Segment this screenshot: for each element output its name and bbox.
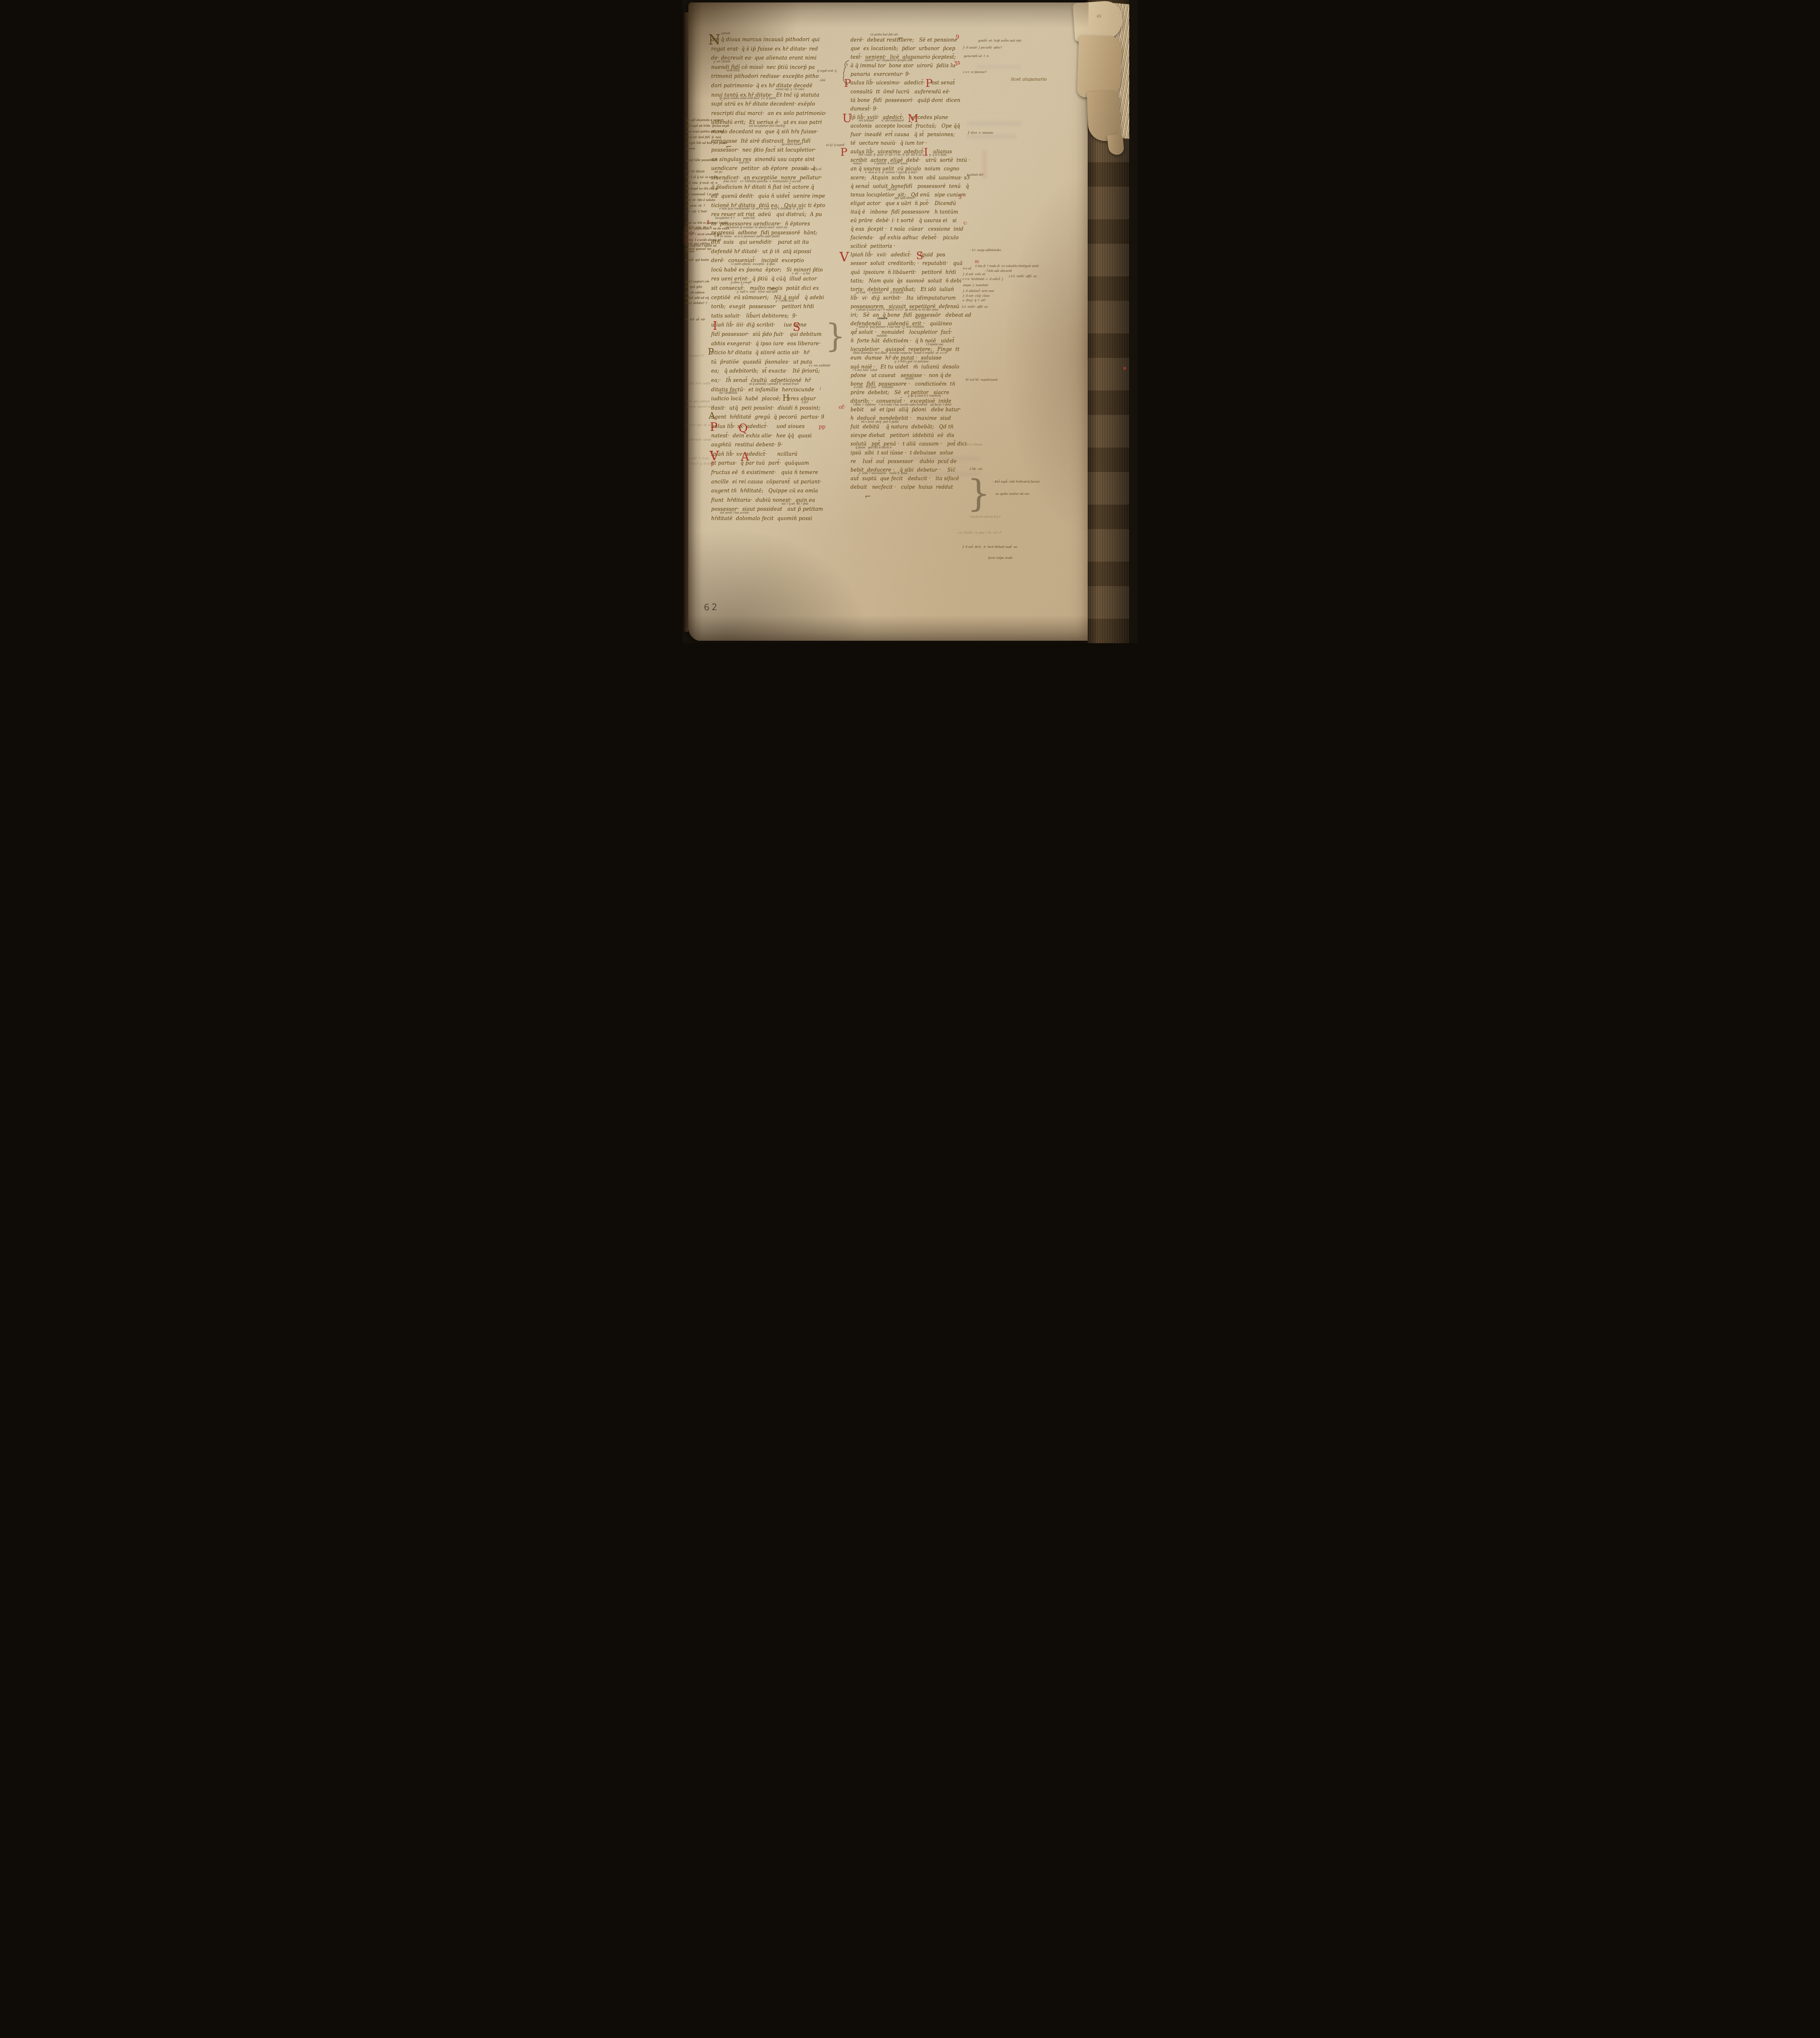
initial-A-red: A — [741, 450, 749, 463]
interlinear-gloss: s· utilē 7 necessariū· mollē fi· poss̄· — [859, 472, 908, 475]
text-line: facienda· qd̄ exhis adhuc debet̄· piculo — [851, 234, 971, 242]
text-line: n̄ forte hāt ēdictioēm · q̄ h noiē uidet… — [851, 337, 971, 345]
text-line: ea; q̄ adebitorib; st̄ exacta· Itē p̄rio… — [711, 366, 827, 376]
interlinear-gloss: d̄bitū estimādo· ticā d̄biti· dutaxat in… — [853, 351, 947, 355]
text-line: quā ī supiori cm̄· — [685, 279, 712, 285]
text-line: ipsū sibi t sol iūsse · t debuisse solue — [851, 449, 971, 457]
interlinear-gloss: y· nō ī faudē· — [714, 60, 731, 63]
margin-note: j̄· d ep̄ulact̄· iure sua· — [963, 289, 995, 293]
interlinear-gloss: dol̄ uenit̄ ī hac acciōe· — [720, 511, 749, 514]
interlinear-gloss: indebiti· — [877, 334, 888, 337]
interlinear-gloss: rex̄ hr̄duiar̄· s7 idō restituunt̄· — [859, 119, 905, 122]
text-line: ceptiōē eū sūmoueri; Nā q̄ suid̄ q̄ adeb… — [711, 293, 827, 302]
text-line: sessor soluit creditorib; · reputabit· q… — [851, 259, 971, 268]
interlinear-gloss: 2nd̄ dat̄· — [886, 188, 897, 191]
margin-note: s̄ tūe fi· l male fi· s3 icāuēdo distīgu… — [975, 264, 1040, 268]
text-line: tā bone fidī possessori· quāp̄ doni dice… — [851, 96, 971, 105]
text-line: ō cū sit· boē fidī· p̄· neq̄ — [686, 135, 729, 140]
red-paraph: m — [975, 259, 979, 264]
margin-note: q̄ im̄ q̄no ep̄tore — [686, 399, 710, 403]
text-line — [685, 252, 712, 257]
margin-note: siapa· j̄· mandati· — [963, 283, 989, 287]
interlinear-gloss: soluī tt· q̄nq̄ p̄sessor n̄ suo noiē· s7… — [859, 325, 925, 329]
margin-note: J̄· d usuis̄· J pecudū· pdio7 — [963, 46, 1002, 49]
red-paraph: ʒs — [954, 60, 960, 66]
left-text-column: am q̄ diuus marcus incausā pithodori qui… — [711, 35, 827, 523]
initial-H: H — [782, 393, 789, 403]
margin-note: c·e·i· si p̄sesso7· — [963, 70, 987, 74]
text-line: lpian̄ lib̄· xv· adedict̄· ncillarū — [711, 450, 827, 459]
text-line: am q̄ diuus marcus incausā pithodori qui — [711, 35, 827, 44]
interlinear-gloss: suī 7 q̄ an̄· nā 7 p̄tiū — [782, 502, 809, 505]
text-line: trimonii pithodori redisse· excep̄to pit… — [711, 72, 827, 81]
margin-brace: } — [825, 318, 846, 355]
margin-note: ab h7ditate — [965, 443, 983, 446]
red-cross-mark: ‡ — [707, 218, 710, 226]
interlinear-gloss: siciō· tur̄ q̄ nō· — [803, 168, 822, 171]
initial-I-red: I — [924, 146, 928, 159]
text-line: IV· ī ut̄ q̄ nō· io sit illa — [686, 174, 729, 180]
text-line: ulian̄ lib̄· iiii· diḡ scribit· iue bone — [711, 320, 827, 330]
margin-note: q̄ Arni· piō· in̄· eē· — [686, 423, 713, 427]
interlinear-gloss: q̄a eaten tenet̄· — [782, 143, 802, 146]
margin-note: Tc̄ enī ht̄· repeticionē· — [965, 378, 998, 382]
text-line — [685, 312, 712, 317]
interlinear-gloss: nō hr̄di i· posesōr· d fend̄ndo — [856, 291, 904, 294]
text-line — [685, 274, 712, 279]
margin-note: f· alb̄trans̄· uenit· — [686, 438, 712, 441]
text-line: sta reasumat̄· ī si uedi — [686, 192, 729, 197]
text-line: tatis; Nam quis q̄s suonoē soluit n̄ deb… — [851, 277, 971, 285]
interlinear-gloss: nō habent q̄i scienter rē alienā emer̄· … — [725, 226, 787, 229]
interlinear-gloss: ī t̄ apsōa sua — [926, 343, 943, 346]
margin-face-doodle-icon — [841, 60, 851, 86]
interlinear-gloss: ecce dc̄tū· — [727, 69, 740, 72]
text-line: quā ipsoiure n̄ libāuerit· petitorē hr̄d… — [851, 268, 971, 277]
interlinear-gloss: s· sit· ·· u hīe· — [792, 272, 811, 275]
text-line: fiunt hr̄ditaria· dubiū nonest· quin ea — [711, 496, 827, 505]
text-line — [686, 163, 729, 169]
text-line: eligat actor que s uāri n̄ pot̄· Dicendū — [851, 199, 971, 208]
initial-P-red: P — [840, 146, 848, 159]
margin-note: ·· l̄ bm̄ sah idicarid — [984, 269, 1012, 273]
manuscript-photo: 45 am q̄ diuus marcus incausā pithodori … — [683, 0, 1137, 643]
text-line: rogat erat· q̄ s̄ ip̄ fuisse ex hr̄ dita… — [711, 44, 827, 54]
text-line: fuor ineadē ert̄ causa q̄ st̄ pensiones; — [851, 130, 971, 139]
interlinear-gloss: q̄ rogat̄ erat· q̄ — [817, 69, 837, 73]
initial-P-red: P — [925, 77, 933, 90]
interlinear-gloss: tm̄ s tenū· idoq̄· peti n̄ potāt· — [861, 420, 899, 423]
text-line: scilicē petitoris · — [851, 242, 971, 251]
margin-note: ·· Ext̄ supt̄· intē hrdicariā facios̄ — [992, 480, 1040, 483]
interlinear-gloss: locupletior ē 7· uoīm hīd — [715, 216, 755, 220]
red-paraph: ¡ — [820, 386, 821, 390]
text-line: tatis soluit· lib̄ari debitores; 9· — [711, 311, 827, 321]
text-line: augent tn̄ hr̄ditatē; Quippe cū ea omīa — [711, 486, 827, 496]
text-line: consultū tt ōmē lucrū auferendū eē· — [851, 88, 971, 96]
margin-note: f· d sot̄· Itcū· S· lacē debuit supt̄· u… — [963, 545, 1017, 549]
text-line: ps̄· ab ep̄tore· — [685, 290, 712, 296]
text-line: dumest̄· 9· — [851, 105, 971, 113]
interlinear-gloss: cū petita boē fidi eēt· — [870, 33, 899, 36]
text-line: fructus eē n̄ existiment· quia n̄ temere — [711, 468, 827, 477]
text-line: res ueni erint· q̄ p̄tiū q̄ cūq̄ illud a… — [711, 274, 827, 284]
interlinear-gloss: e toto p̄cio restituendo· cū nic ei noiē… — [719, 207, 803, 210]
interlinear-gloss: u·cedē- b·fi·pos̄· hr̄duatis̄· — [854, 386, 894, 389]
margin-note: generalit̄ eē· l· ii· — [964, 54, 989, 58]
margin-note: Intulerit interq R·y·l·· — [970, 515, 1002, 518]
text-line: simile· — [685, 230, 712, 236]
text-line: abhis exegerat· q̄ ipso iure eos liberar… — [711, 339, 827, 348]
interlinear-gloss: 7bn̄ ī male· fi· poss̄· s7 uit̄· t ī bo·… — [858, 153, 947, 157]
margin-note: fecit culpe reale — [988, 556, 1013, 560]
text-line: dori patrimonio· q̄ ex hr̄ ditate decedē — [711, 81, 827, 90]
text-line: natest̄· dein exhis alie· hee q̄q̄ quasi — [711, 431, 827, 441]
text-line: ugent hr̄ditatē gregū q̄ pecorū partus· … — [711, 412, 827, 422]
initial-P: P — [708, 347, 714, 357]
text-line: aut̄ suptū que fecit deducit · ita sifac… — [851, 474, 971, 483]
initial-V-red: V — [839, 249, 849, 265]
text-line: ancille ei rei causa cōparant̄ ut parian… — [711, 477, 827, 487]
text-line: isse expō patm̄o udt̄· Sugl̄ — [686, 129, 729, 135]
interlinear-correction: cauere — [877, 317, 888, 320]
margin-note: ·· s̄·i· exigi adbitōeibz· — [969, 248, 1002, 252]
text-line: itaq̄ ē inbone fidī possessore h tantūm — [851, 208, 971, 216]
text-line: panaria exercentur· 9· — [851, 70, 971, 79]
text-line — [685, 236, 712, 241]
text-line: q̄ ē· ista· p̄ incā· rē· n — [686, 180, 729, 186]
interlinear-gloss: ppt̄ opiā dbito7· — [895, 196, 916, 200]
section-hook: ⌐ — [726, 143, 732, 151]
text-line: debuit necfecit · culpe huius reddat — [851, 483, 971, 492]
initial-Q-red: Q — [738, 421, 748, 435]
text-line: quep̄ hīde possid bat·· — [686, 157, 729, 163]
margin-note: pessite puemt̄ uitē — [686, 405, 714, 408]
text-line: nh̄ udt̄ dissimile a supiori — [686, 117, 729, 123]
text-line: q̄ h̄ supt̄ ab hr̄de· factos expn̄ — [686, 123, 729, 129]
interlinear-gloss: g abeo q̄ exegit̄· — [731, 281, 752, 284]
text-line: q̄ senat̄ uoluit bonefidī possessorē ten… — [851, 182, 971, 191]
margin-note-licet-alupanario: licet alupanario — [1011, 77, 1047, 82]
interlinear-gloss: y q̄u q̄ casu n̄ ē repeticio — [908, 394, 941, 397]
margin-note: ī Arght̄· 7· ō eē· — [686, 457, 709, 460]
margin-note: c·r·e· hirditatē· c· d edict̄· j̄· — [963, 277, 1004, 281]
interlinear-gloss: ued̄ hr̄s· — [739, 161, 750, 164]
interlinear-gloss: ut q̄ admodū ī pemd̄a· h̄· uenuit̄ fruct… — [749, 382, 799, 386]
text-line: et partus· q̄ par tuū part̄· quāquam — [711, 459, 827, 468]
interlinear-gloss: e pn̄sat̄ q̄ soluit̄ ue7 h̄ repetē n̄ ē … — [856, 308, 939, 311]
margin-brace: } — [967, 472, 990, 515]
initial-S-red: S — [793, 320, 800, 334]
initial-M-red: M — [908, 112, 919, 125]
initial-U-red: U — [842, 112, 852, 125]
margin-note: j̄· d sot· cūq̄· cāsu· — [963, 294, 990, 298]
red-speck — [1124, 367, 1126, 370]
text-line: ita legat̄ no illa cū· ip̄ — [686, 186, 729, 192]
interlinear-gloss: enī locupletior fact̄ intelliḡ· — [749, 124, 786, 128]
text-line: ā q̄ immul tor bone stor uirorū p̄diis l… — [851, 62, 971, 70]
red-paraph: β — [711, 461, 714, 467]
text-line: sorem· — [686, 146, 729, 152]
interlinear-gloss: n̄·fer̄· — [802, 401, 809, 404]
corner-folio-mark: 45 — [1097, 15, 1101, 19]
initial-A: A — [709, 411, 715, 421]
section-hook: ⌐ — [898, 34, 904, 43]
margin-note: f· sait· hrc̄· eadē· — [686, 382, 711, 385]
red-paraph: pp — [819, 424, 826, 430]
text-line: possut̄ quenur̄ iac· — [685, 247, 712, 252]
margin-note: )·s̄·s̄· indīc̄· offō· ac· — [1009, 274, 1038, 278]
red-paraph: ʒ — [958, 193, 961, 199]
text-line: lib̄· vi· diḡ scribit· Ita idimputaturum — [851, 294, 971, 302]
interlinear-gloss: y· ī uhr̄di aciō — [776, 299, 794, 302]
interlinear-gloss: ui7 q̄uō· — [916, 316, 927, 320]
text-line — [686, 152, 729, 157]
text-line: supt̄ utrū ex hr̄ ditate decedent· exēpl… — [711, 99, 827, 109]
initial-S-red: S — [916, 250, 923, 262]
text-line: aulus lib̄· uicesimo· adedict̄· ost sena… — [851, 79, 971, 87]
initial-N: N — [708, 32, 721, 48]
text-line: cet· rē· tibi ē soluto· — [686, 197, 729, 203]
torn-parchment-flap — [1077, 35, 1122, 99]
margin-note: q̄ iulian̄ dic̄· — [967, 173, 984, 176]
text-line: iri; Sē an q̄ bone fidī possessōr debeat… — [851, 311, 971, 320]
text-line: torib; exegit possessor· petitori hr̄di — [711, 302, 827, 311]
margin-note: gnalit̄· eē· loq̄t scd̄m suā rpā· — [978, 39, 1022, 42]
text-line: q̄ eas p̄cepit · t noīa cūear cessione i… — [851, 225, 971, 234]
margin-note: ex quibz melior sit res· — [996, 492, 1030, 496]
interlinear-gloss: ita ī diuidn̄da· — [719, 391, 738, 395]
text-line: aulus lib̄· xx· adedict̄· uod sioues — [711, 422, 827, 431]
page-number: 62 — [704, 602, 720, 613]
interlinear-gloss: soluto iap̄· y· ī ti casu· — [776, 88, 805, 91]
text-line: que ex locationib; p̄dior urbanor p̄cep — [851, 44, 971, 53]
text-line: augm̄tū restitui debent· 9· — [711, 440, 827, 450]
interlinear-gloss: int̄ po· — [714, 170, 723, 174]
interlinear-gloss: ū O ex missa· ut si is posessor pacto sp… — [714, 235, 780, 238]
red-paraph: of· — [839, 404, 846, 410]
interlinear-gloss: ··· s· dicā si· b· fi· sortem 7 usuras p… — [862, 171, 918, 174]
text-line: tē uecture nauiū· q̄ ium tor · — [851, 139, 971, 148]
margin-note: s̄·s̄· indīc̄· offō· ac· — [962, 305, 989, 309]
text-line: scere; Atquin scd̄m h non obs̄ uauimus· … — [851, 174, 971, 182]
initial-P-red: P — [710, 420, 718, 434]
interlinear-gloss: 7 n̄ suo noiē soluē· — [852, 368, 878, 372]
margin-note: s̄·e·ut̄ — [963, 267, 971, 270]
interlinear-gloss: ī c̄ petit ep̄toib;· exceptiō· p̄ q̄uis· — [731, 262, 776, 266]
text-line: re Iust̄ aut̄ possessor dubio pcul de — [851, 457, 971, 466]
interlinear-gloss: īdebiti — [905, 377, 914, 380]
text-line: derē· debeat restituere; Sē et pensione — [851, 36, 971, 44]
text-line: hr̄ditatē dolomalo fecit quomin̄ possi — [711, 514, 827, 523]
red-paraph: ç: — [963, 220, 967, 225]
text-line — [685, 263, 712, 268]
section-hook: ⌐ — [771, 285, 777, 293]
text-line: ul̄· quā gm̄z· — [685, 285, 712, 290]
interlinear-gloss: p̄ma raciō· s·i· hr̄ditatis peticiōe· s·… — [723, 180, 802, 183]
interlinear-gloss: y· ū relin quit̄ cū potuisse· — [895, 360, 930, 363]
interlinear-gloss: asimili· — [721, 32, 731, 35]
text-line: ī regm̄ hn̄t ad boē fidi posse — [686, 140, 729, 146]
red-paraph: 9 — [956, 34, 959, 41]
interlinear-gloss: cōiē — [820, 79, 825, 82]
initial-I-red: I — [713, 319, 717, 333]
text-line: dasit· utq̄ peti possīnt· diuidi n̄ poss… — [711, 404, 827, 413]
text-line: alio7 debito7 7 — [685, 301, 712, 306]
torn-parchment-flap — [1087, 91, 1121, 142]
text-line — [685, 268, 712, 273]
text-line: at̄· lex̄· at̄· nō· — [685, 317, 712, 322]
left-margin-gloss-block: S̄· d·it· ude· M·c·f·simile·cocm̄ quo ep… — [685, 225, 712, 322]
margin-note: s·u· diclot̄· cu qua· ī m̄· col· d — [958, 531, 1001, 534]
interlinear-gloss: q̄s quos condie solut̄ erat facē· s·s· p… — [719, 97, 777, 100]
interlinear-gloss: mutuo· c̄ petētiū· 8 sorte 7 usuis̄ — [853, 162, 908, 165]
margin-note: s· dncj̄· q̄· l· utr̄ — [963, 298, 985, 302]
text-line: d solt̄· qui hoēm· — [685, 258, 712, 263]
text-line: rescripti diui marci· an ex solo patrimo… — [711, 109, 827, 118]
text-line: lpian̄ lib̄· xvii· adedict̄· iquid pos — [851, 251, 971, 259]
text-line: siexpe diebat petitori iddebitū eē dis — [851, 431, 971, 440]
text-line: iudicio locū habē placoē; eres absur — [711, 394, 827, 404]
margin-note: 7 hrc7· y· in̄ eē· — [688, 462, 712, 465]
interlinear-gloss: suenit7· uo7 alupanario p̄cepte sint· — [865, 59, 913, 62]
text-line: bebit sē et ipsi aliq̄ p̄doni debe batur… — [851, 406, 971, 414]
margin-note: j̄· d sot· cels ut· — [963, 272, 986, 276]
margin-note: s̄ līb· cm̄· — [969, 467, 983, 471]
text-line — [685, 306, 712, 311]
margin-note: J̄· drci· v· sinauis· — [968, 131, 994, 135]
section-hook: ⌐ — [865, 492, 871, 501]
interlinear-gloss: q̄ fauōe quo7dā it̄ ductū ē· — [855, 446, 892, 449]
text-line: ephat̄ pdā ad eq̄ — [685, 296, 712, 301]
text-line: fuit debitū q̄ natura debebāt; Qd tn̄ — [851, 423, 971, 431]
margin-note: ~ hr̄duar̄ ē7 — [686, 354, 704, 357]
interlinear-gloss: ī d̄biti· i· inp̄done· 7 si n̄ solū ī ha… — [853, 403, 952, 406]
text-line: eticio hr̄ ditatis q̄ siinrē actio sit· … — [711, 348, 827, 357]
text-line: fidī possessor· siū p̄do fuit· qui debit… — [711, 330, 827, 339]
interlinear-gloss: s·i· rex unditatē· — [809, 364, 831, 367]
text-line: cocm̄ quo ep̄tōes — [685, 241, 712, 247]
text-line: eū prāre debē· i· t sortē q̄ usuras ei s… — [851, 216, 971, 225]
text-line: qd̄ soluit · nonuidet̄ locupletior fact̄… — [851, 328, 971, 337]
